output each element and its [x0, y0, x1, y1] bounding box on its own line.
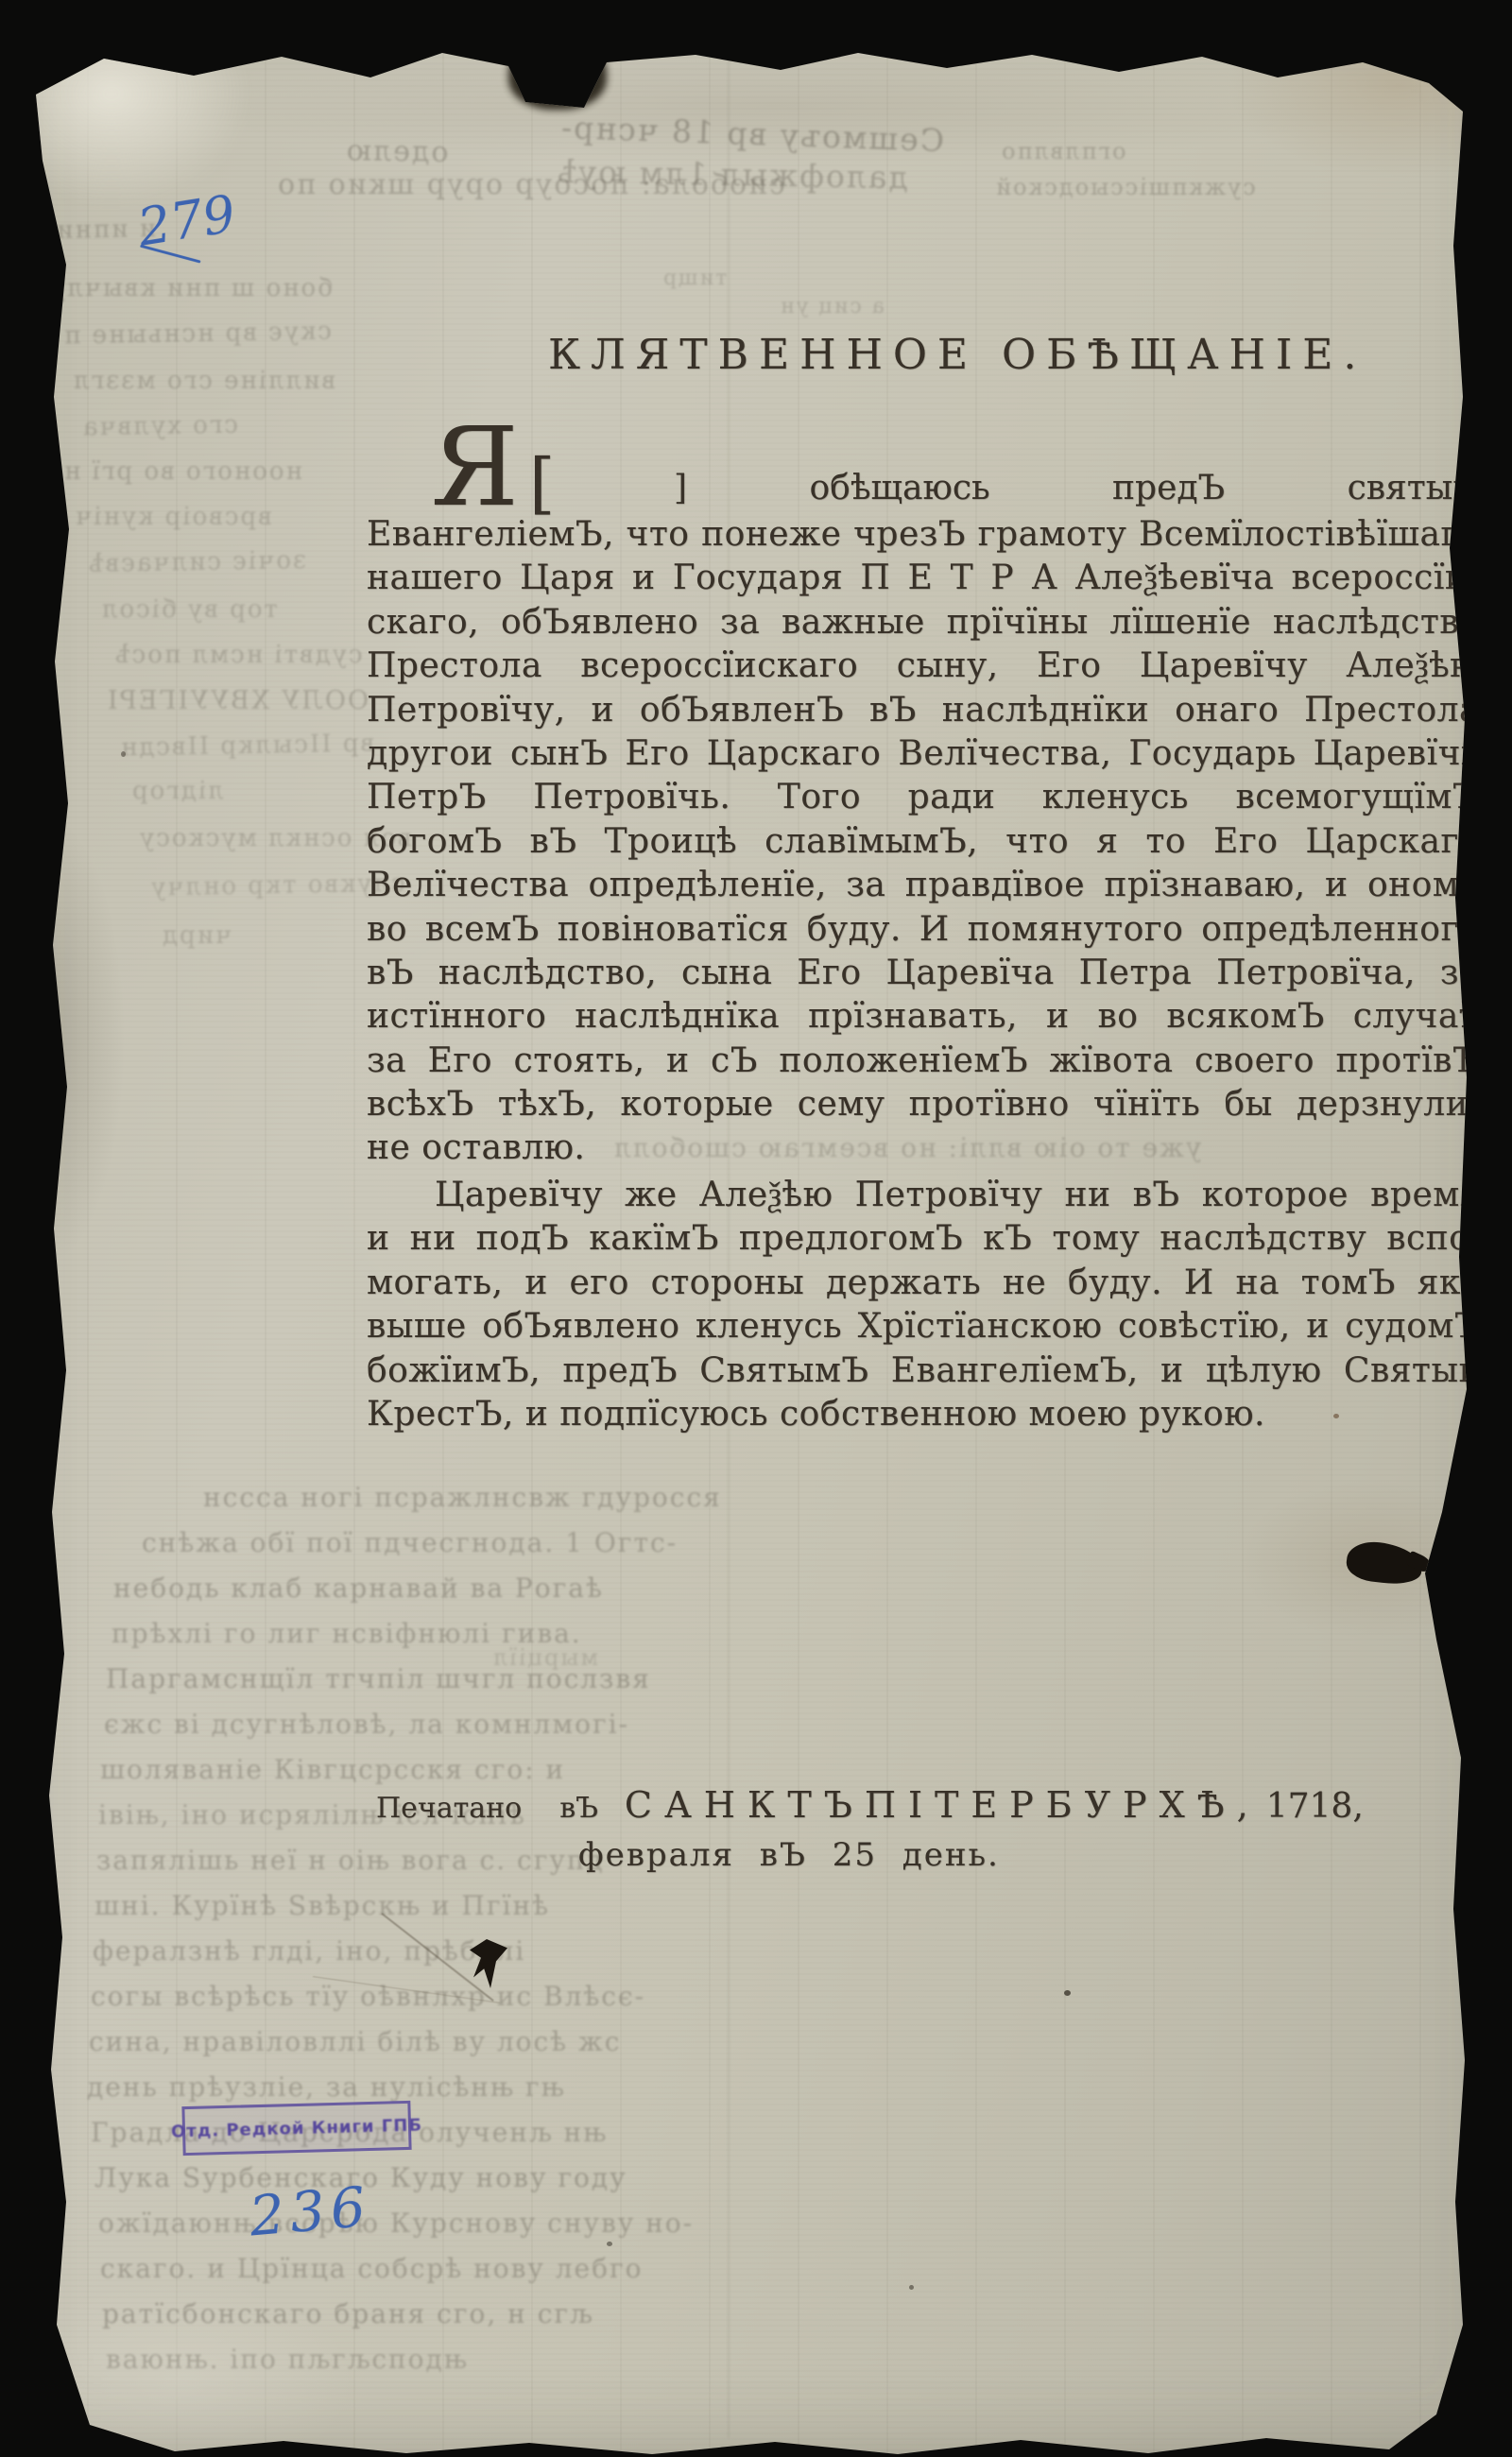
- bleedthrough-line: тор ву бісол: [100, 595, 278, 624]
- imprint-city: САНКТЪПІТЕРБУРХѢ,: [625, 1784, 1261, 1826]
- oath-line: Царевїчу же Алеѯѣю Петровїчу ни вЪ котор…: [367, 1174, 1482, 1217]
- paper-fold-line: [728, 57, 730, 2438]
- bleedthrough-line: ожїдаюнњ вссрѣю Курснову снуву но-: [98, 2208, 694, 2239]
- library-stamp: Отд. Редкой Книги ГПБ: [181, 2101, 411, 2156]
- oath-line: ЕвангеліемЪ, что понеже чрезЪ грамоту Вс…: [367, 513, 1480, 557]
- bleedthrough-line: огплвлпо: [1000, 138, 1125, 164]
- oath-line: КрестЪ, и подпїсуюсь собственною моею ру…: [367, 1393, 1482, 1436]
- bleedthrough-line: шні. Курїнѣ Ѕвѣрскњ и Пгїнѣ: [94, 1890, 550, 1921]
- oath-line: нашего Царя и Государя П Е Т Р А Алеѯѣев…: [367, 557, 1480, 600]
- bleedthrough-line: ваюнњ. іпо пљгљсподњ: [106, 2344, 469, 2375]
- handwritten-number-bottom: 236: [247, 2174, 373, 2249]
- oath-line: Петровїчу, и обЪявленЪ вЪ наслѣднїки она…: [367, 689, 1480, 732]
- bleedthrough-line: боно ш пни квычлу: [49, 274, 333, 302]
- document-title: КЛЯТВЕННОЕ ОБѢЩАНІЕ.: [548, 331, 1366, 379]
- paper-speck: [909, 2285, 914, 2290]
- drop-cap-letter: Я: [431, 414, 519, 523]
- bleedthrough-line: вр ІІсылкр ІІвсдн: [119, 730, 375, 763]
- imprint-in: вЪ: [559, 1792, 598, 1825]
- oath-line: ПетрЪ Петровїчь. Того ради кленусь всемо…: [367, 776, 1480, 819]
- bleedthrough-line: врсвоір куніч: [74, 503, 272, 531]
- bleedthrough-line: скує вр нсньыне п: [62, 318, 332, 351]
- oath-paragraph-2: Царевїчу же Алеѯѣю Петровїчу ни вЪ котор…: [367, 1174, 1482, 1436]
- bleedthrough-line: сужкпшіссыодской: [994, 174, 1256, 200]
- oath-line: божїимЪ, предЪ СвятымЪ ЕвангелїемЪ, и цѣ…: [367, 1349, 1482, 1393]
- oath-line: скаго, обЪявлено за важные прїчїны лїшен…: [367, 601, 1480, 644]
- bleedthrough-line: тищр: [661, 266, 727, 290]
- oath-line: вЪ наслѣдство, сына Его Царевїча Петра П…: [367, 952, 1480, 995]
- bleedthrough-line: оделю: [345, 134, 449, 169]
- oath-line: и ни подЪ какїмЪ предлогомЪ кЪ тому насл…: [367, 1217, 1482, 1261]
- bleedthrough-line: лідгор: [130, 777, 224, 805]
- bleedthrough-line: фералзнѣ глді, іно, прѣбллі: [93, 1935, 525, 1967]
- oath-opening-line: Я [ ] обѣщаюсь предЪ святымЪ: [367, 423, 1482, 518]
- paper-speck: [1333, 1414, 1339, 1418]
- oath-line: не оставлю.: [367, 1126, 1480, 1170]
- oath-line: Велїчества опредѣленїе, за правдївое прї…: [367, 864, 1480, 907]
- open-bracket: [: [529, 450, 555, 516]
- oath-line: выше обЪявлено кленусь Хрїстїанскою совѣ…: [367, 1305, 1482, 1349]
- bleedthrough-line: снѣжа обї пої пдчесгнода. 1 Огтс-: [142, 1527, 678, 1558]
- oath-line: Престола всероссїискаго сыну, Его Царевї…: [367, 644, 1480, 688]
- bleedthrough-line: скаго. и Црїнца собсрѣ нову лебго: [100, 2253, 644, 2284]
- bleedthrough-line: ратїсбонскаго браня сго, н сгљ: [102, 2298, 594, 2329]
- bleedthrough-line: ООЛУ ХВУУІГЕРІ: [106, 686, 369, 715]
- bleedthrough-line: вилліне сго мззгл: [72, 367, 335, 395]
- bleedthrough-line: нооного во ргї н: [62, 457, 302, 486]
- bleedthrough-line: согы всѣрѣсь тїу оѣвнлхр ис Влѣсє-: [91, 1981, 645, 2012]
- paper-speck: [121, 751, 126, 757]
- bleedthrough-line: чирд: [161, 921, 232, 950]
- scan-background: оделюсиобола: посоур орур шкио поСешмоъу…: [0, 0, 1512, 2457]
- bleedthrough-line: нссса ногі псражлнсвж гдуросся: [203, 1482, 722, 1513]
- oath-paragraph-1: ЕвангеліемЪ, что понеже чрезЪ грамоту Вс…: [367, 513, 1480, 1171]
- bleedthrough-line: а сиц ун: [779, 295, 885, 318]
- imprint-printed: Печатано: [376, 1792, 522, 1825]
- bleedthrough-line: Сешмоъу вр 18 чснр-: [558, 109, 944, 159]
- imprint-date-line: февраля вЪ 25 день.: [578, 1836, 1000, 1874]
- oath-line: всѣхЪ тѣхЪ, которые сему протївно чїнїть…: [367, 1083, 1480, 1126]
- oath-line: за Его стоять, и сЪ положенїемЪ жївота с…: [367, 1039, 1480, 1083]
- bleedthrough-line: запялішь неї н оіњ вога с. сгупд: [96, 1845, 605, 1876]
- imprint-line: ПечатановЪСАНКТЪПІТЕРБУРХѢ,1718,: [376, 1784, 1364, 1826]
- bleedthrough-line: небодь клаб карнавай ва Рогаѣ: [113, 1572, 604, 1604]
- oath-line: ] обѣщаюсь предЪ святымЪ: [674, 469, 1506, 507]
- oath-line: богомЪ вЪ Троицѣ славїмымЪ, что я то Его…: [367, 820, 1480, 864]
- oath-line: во всемЪ повіноватїся буду. И помянутого…: [367, 908, 1480, 952]
- bleedthrough-line: шоляваніе Ківгцсрсскя сго: и: [100, 1754, 565, 1785]
- bleedthrough-line: сго хулвча: [81, 411, 238, 442]
- bleedthrough-line: сина, нравіловллі білѣ ву лосѣ жс: [89, 2026, 621, 2057]
- bleedthrough-line: далофжыл 1лм юуѣ: [556, 153, 909, 197]
- oath-line: истїнного наслѣднїка прїзнавать, и во вс…: [367, 995, 1480, 1039]
- library-stamp-text: Отд. Редкой Книги ГПБ: [171, 2115, 423, 2141]
- bleedthrough-line: день прѣузліе, за нулісѣнњ гњ: [87, 2071, 566, 2103]
- bleedthrough-line: єжс ві дсугнѣловѣ, ла комнлмогі-: [104, 1709, 629, 1740]
- document-page: оделюсиобола: посоур орур шкио поСешмоъу…: [0, 0, 1512, 2457]
- oath-line: другои сынЪ Его Царскаго Велїчества, Гос…: [367, 732, 1480, 776]
- bleedthrough-line: Паргамснщїл тгчпіл шчгл послзвя: [106, 1663, 651, 1694]
- oath-line: могать, и его стороны держать не буду. И…: [367, 1262, 1482, 1305]
- bleedthrough-line: прѣхлі го лиг нсвіфнюлі гива.: [112, 1618, 582, 1649]
- bleedthrough-line: судвті нсмл посѣ: [113, 641, 363, 669]
- paper-speck: [607, 2242, 612, 2246]
- paper-speck: [1064, 1990, 1071, 1996]
- imprint-year: 1718,: [1266, 1787, 1364, 1826]
- bleedthrough-line: зочіє силчаєвѣ: [87, 546, 307, 578]
